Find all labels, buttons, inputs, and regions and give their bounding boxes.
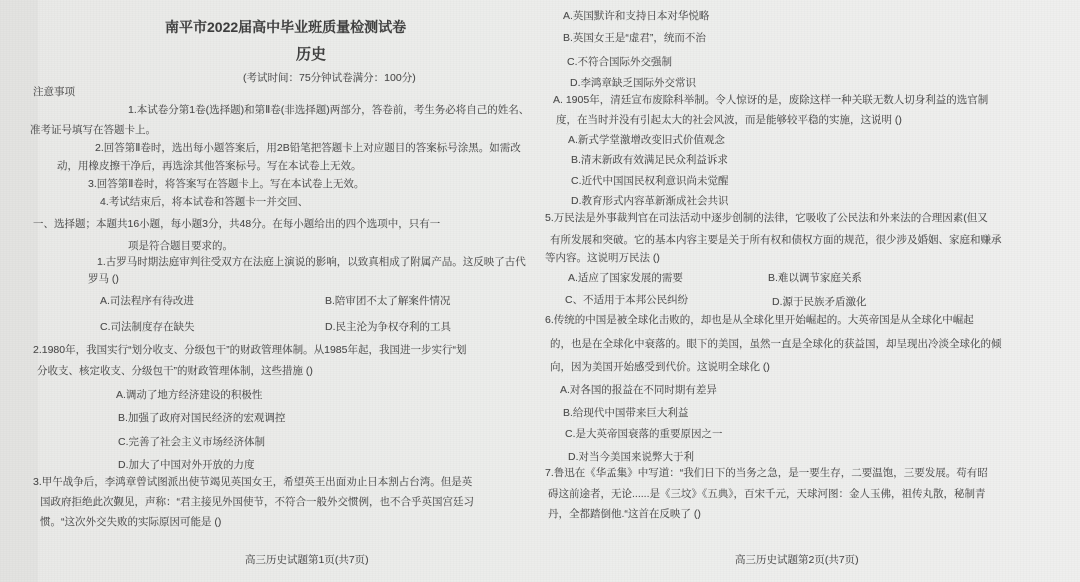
- q4-option-a: A.新式学堂激增改变旧式价值观念: [568, 134, 725, 147]
- section-1-heading: 一、选择题；本题共16小题，每小题3分，共48分。在每小题给出的四个选项中，只有…: [33, 218, 440, 231]
- q4-option-b: B.清末新政有效满足民众利益诉求: [571, 154, 728, 167]
- q5-option-b: B.难以调节家庭关系: [768, 272, 862, 285]
- q1-option-c: C.司法制度存在缺失: [100, 321, 195, 334]
- q3-option-d: D.李鸿章缺乏国际外交常识: [570, 77, 696, 90]
- q5-stem-cont1: 有所发展和突破。它的基本内容主要是关于所有权和债权方面的规范，很少涉及婚姻、家庭…: [550, 234, 1002, 247]
- q1-option-b: B.陪审团不太了解案件情况: [325, 295, 450, 308]
- q2-stem: 2.1980年，我国实行“划分收支、分级包干”的财政管理体制。从1985年起，我…: [33, 344, 466, 357]
- q6-option-c: C.是大英帝国衰落的重要原因之一: [565, 428, 723, 441]
- q5-stem: 5.万民法是外事裁判官在司法活动中逐步创制的法律，它吸收了公民法和外来法的合理因…: [545, 212, 988, 225]
- q3-option-b: B.英国女王是“虚君”，统而不治: [563, 32, 706, 45]
- section-1-heading-cont: 项是符合题目要求的。: [128, 240, 233, 253]
- q1-option-a: A.司法程序有待改进: [100, 295, 194, 308]
- q2-stem-cont: 分收支、核定收支、分级包干”的财政管理体制，这些措施 (): [37, 365, 313, 378]
- q1-stem: 1.古罗马时期法庭审判往受双方在法庭上演说的影响，以致真相成了附属产品。这反映了…: [97, 256, 526, 269]
- notice-1: 1.本试卷分第1卷(选择题)和第Ⅱ卷(非选择题)两部分，答卷前，考生务必将自己的…: [128, 104, 529, 117]
- q3-option-c: C.不符合国际外交强制: [567, 56, 672, 69]
- q3-stem-cont1: 国政府拒绝此次觐见，声称：“君主接见外国使节，不符合一般外交惯例，也不合乎英国宫…: [40, 496, 474, 509]
- q6-option-a: A.对各国的报益在不同时期有差异: [560, 384, 717, 397]
- page-1: 南平市2022届高中毕业班质量检测试卷历史(考试时间：75分钟试卷满分：100分…: [0, 0, 540, 582]
- q7-stem: 7.鲁迅在《华孟集》中写道：“我们日下的当务之急，是一要生存，二要温饱，三要发展…: [545, 467, 988, 480]
- q6-stem: 6.传统的中国是被全球化击败的，却也是从全球化里开始崛起的。大英帝国是从全球化中…: [545, 314, 974, 327]
- q5-option-d: D.源于民族矛盾激化: [772, 296, 867, 309]
- q5-option-c: C、不适用于本邦公民纠纷: [565, 294, 688, 307]
- exam-info: (考试时间：75分钟试卷满分：100分): [243, 72, 416, 85]
- q1-stem-cont: 罗马 (): [88, 273, 119, 286]
- q4-stem: A. 1905年，清廷宣布废除科举制。令人惊讶的是，废除这样一种关联无数人切身利…: [553, 94, 988, 107]
- q3-stem-cont2: 惯。“这次外交失败的实际原因可能是 (): [40, 516, 221, 529]
- notice-2-cont: 动，用橡皮擦干净后，再选涂其他答案标号。写在本试卷上无效。: [57, 160, 362, 173]
- q4-stem-cont: 度，在当时并没有引起太大的社会风波，而是能够较平稳的实施，这说明 (): [556, 114, 902, 127]
- q4-option-c: C.近代中国国民权利意识尚未觉醒: [571, 175, 729, 188]
- exam-paper-spread: 南平市2022届高中毕业班质量检测试卷历史(考试时间：75分钟试卷满分：100分…: [0, 0, 1080, 582]
- q2-option-b: B.加强了政府对国民经济的宏观调控: [118, 412, 285, 425]
- q7-stem-cont1: 碍这前途者，无论......是《三坟》《五典》，百宋千元，天球河图：金人玉佛，祖…: [548, 488, 986, 501]
- q1-option-d: D.民主沦为争权夺利的工具: [325, 321, 451, 334]
- notice-4: 4.考试结束后，将本试卷和答题卡一并交回、: [100, 196, 308, 209]
- notice-1-cont: 准考证号填写在答题卡上。: [30, 124, 156, 137]
- q3-stem: 3.甲午战争后，李鸿章曾试图派出使节竭见英国女王，希望英王出面劝止日本割占台湾。…: [33, 476, 472, 489]
- q7-stem-cont2: 丹，全都踏倒他.“这首在反映了 (): [548, 508, 701, 521]
- notice-3: 3.回答第Ⅱ卷时，将答案写在答题卡上。写在本试卷上无效。: [88, 178, 364, 191]
- notice-heading: 注意事项: [33, 86, 75, 99]
- q6-option-b: B.给现代中国带来巨大利益: [563, 407, 688, 420]
- q6-stem-cont1: 的，也是在全球化中衰落的。眼下的美国，虽然一直是全球化的获益国，却呈现出冷淡全球…: [550, 338, 1002, 351]
- subject-title: 历史: [296, 46, 326, 65]
- q3-option-a: A.英国默许和支持日本对华悦略: [563, 10, 709, 23]
- exam-title: 南平市2022届高中毕业班质量检测试卷: [165, 19, 406, 37]
- q2-option-a: A.调动了地方经济建设的积极性: [116, 389, 262, 402]
- page-footer: 高三历史试题第1页(共7页): [245, 554, 369, 567]
- q2-option-d: D.加大了中国对外开放的力度: [118, 459, 255, 472]
- notice-2: 2.回答第Ⅱ卷时，选出每小题答案后，用2B铅笔把答题卡上对应题目的答案标号涂黑。…: [95, 142, 521, 155]
- q4-option-d: D.教育形式内容革新渐成社会共识: [571, 195, 729, 208]
- page-footer: 高三历史试题第2页(共7页): [735, 554, 859, 567]
- q2-option-c: C.完善了社会主义市场经济体制: [118, 436, 265, 449]
- q5-stem-cont2: 等内容。这说明万民法 (): [545, 252, 660, 265]
- page-2: A.英国默许和支持日本对华悦略B.英国女王是“虚君”，统而不治C.不符合国际外交…: [540, 0, 1080, 582]
- q6-stem-cont2: 向，因为美国开始感受到代价。这说明全球化 (): [550, 361, 770, 374]
- q5-option-a: A.适应了国家发展的需要: [568, 272, 683, 285]
- q6-option-d: D.对当今美国来说弊大于利: [568, 451, 694, 464]
